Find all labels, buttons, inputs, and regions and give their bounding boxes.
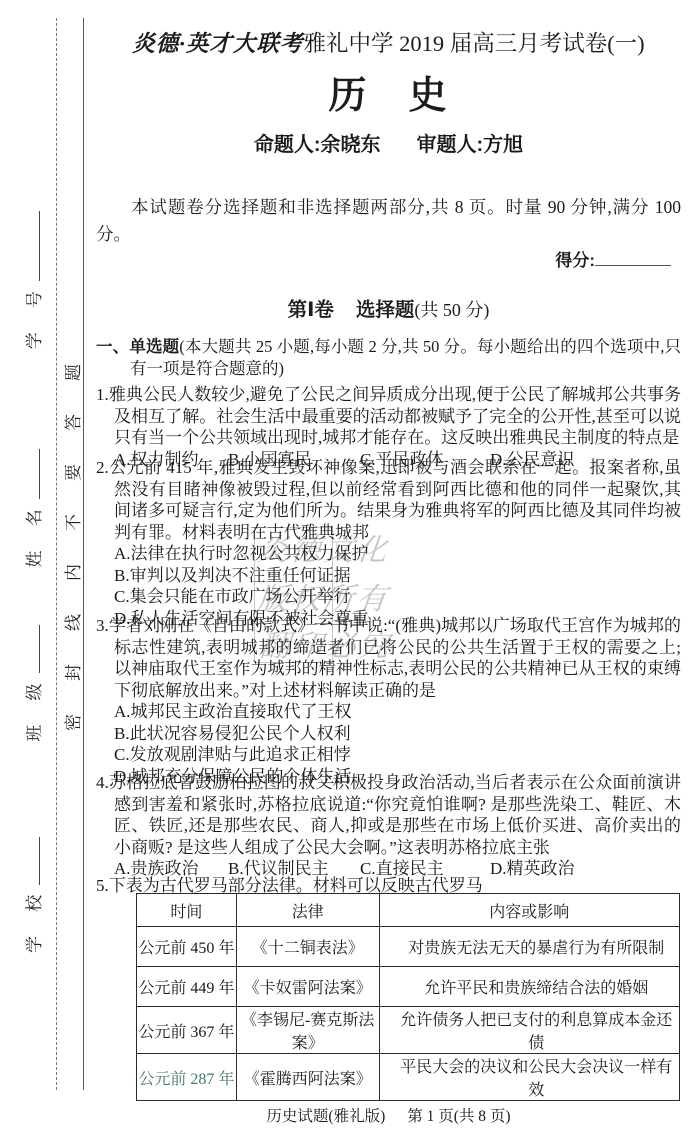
option-c: C.发放观剧津贴与此追求正相悖	[96, 744, 681, 766]
section-score: (共 50 分)	[414, 300, 489, 320]
option-c: C.集会只能在市政广场公开举行	[96, 586, 681, 608]
table-header-row: 时间 法律 内容或影响	[137, 894, 680, 927]
seal-notice: 密封线内不要答题	[59, 323, 81, 731]
table-cell-content: 平民大会的决议和公民大会决议一样有效	[379, 1054, 679, 1101]
question-4: 4.苏格拉底曾鼓励柏拉图的叔父积极投身政治活动,当后者表示在公众面前演讲感到害羞…	[96, 772, 681, 880]
table-row: 公元前 367 年 《李锡尼-赛克斯法案》 允许债务人把已支付的利息算成本金还债	[137, 1007, 680, 1054]
score-label: 得分:	[555, 251, 595, 270]
reviewer-label: 审题人:方旭	[417, 134, 524, 156]
table-cell-law: 《霍腾西阿法案》	[236, 1054, 379, 1101]
footer-paper-name: 历史试题(雅礼版)	[266, 1108, 385, 1125]
table-header-law: 法律	[236, 894, 379, 927]
instructions-text: (本大题共 25 小题,每小题 2 分,共 50 分。每小题给出的四个选项中,只…	[130, 337, 681, 378]
paper-description: 本试题卷分选择题和非选择题两部分,共 8 页。时量 90 分钟,满分 100 分…	[96, 194, 681, 248]
question-stem: 3.学者刘刚在《自由的款式》一书中说:“(雅典)城邦以广场取代王宫作为城邦的标志…	[96, 615, 681, 701]
question-number: 4.	[96, 773, 109, 792]
question-number: 2.	[96, 458, 109, 477]
setters-line: 命题人:余晓东审题人:方旭	[96, 128, 681, 157]
table-cell-law: 《十二铜表法》	[236, 927, 379, 967]
table-row: 公元前 450 年 《十二铜表法》 对贵族无法无天的暴虐行为有所限制	[137, 927, 680, 967]
table-header-content: 内容或影响	[379, 894, 679, 927]
table-cell-time: 公元前 287 年	[137, 1054, 237, 1101]
student-info-fields: 学 校班 级姓 名学 号	[20, 148, 44, 963]
student-id-field-blank	[23, 211, 40, 281]
volume-heading: 第Ⅰ卷选择题(共 50 分)	[96, 294, 681, 322]
table-cell-time: 公元前 450 年	[137, 927, 237, 967]
question-text: 公元前 415 年,雅典发生毁坏神像案,迅即被与酒会联系在一起。报案者称,虽然没…	[109, 458, 681, 542]
exam-paper-title: 雅礼中学 2019 届高三月考试卷(一)	[303, 31, 644, 56]
class-field-label: 班 级	[25, 674, 44, 742]
table-header-time: 时间	[137, 894, 237, 927]
table-cell-content: 允许债务人把已支付的利息算成本金还债	[379, 1007, 679, 1054]
table-cell-law: 《李锡尼-赛克斯法案》	[236, 1007, 379, 1054]
section-instructions: 一、单选题(本大题共 25 小题,每小题 2 分,共 50 分。每小题给出的四个…	[96, 336, 681, 380]
school-field-blank	[23, 837, 40, 885]
exam-series-title: 炎德·英才大联考	[132, 31, 303, 56]
table-cell-content: 允许平民和贵族缔结合法的婚姻	[379, 967, 679, 1007]
question-stem: 2.公元前 415 年,雅典发生毁坏神像案,迅即被与酒会联系在一起。报案者称,虽…	[96, 457, 681, 543]
seal-dashed-line	[56, 18, 57, 1090]
class-field-blank	[23, 626, 40, 674]
seal-solid-line	[83, 18, 84, 1090]
question-text: 雅典公民人数较少,避免了公民之间异质成分出现,便于公民了解城邦公共事务及相互了解…	[109, 385, 681, 447]
roman-law-table-wrap: 时间 法律 内容或影响 公元前 450 年 《十二铜表法》 对贵族无法无天的暴虐…	[96, 893, 681, 1101]
table-row: 公元前 449 年 《卡奴雷阿法案》 允许平民和贵族缔结合法的婚姻	[137, 967, 680, 1007]
table-row: 公元前 287 年 《霍腾西阿法案》 平民大会的决议和公民大会决议一样有效	[137, 1054, 680, 1101]
question-text: 学者刘刚在《自由的款式》一书中说:“(雅典)城邦以广场取代王宫作为城邦的标志性建…	[109, 616, 681, 700]
score-row: 得分:	[96, 246, 681, 271]
exam-header-title: 炎德·英才大联考雅礼中学 2019 届高三月考试卷(一)	[96, 26, 681, 58]
page-footer: 历史试题(雅礼版)第 1 页(共 8 页)	[96, 1104, 681, 1126]
instructions-label: 一、单选题	[96, 338, 179, 356]
option-b: B.审判以及判决不注重任何证据	[96, 565, 681, 587]
table-cell-time: 公元前 367 年	[137, 1007, 237, 1054]
question-3: 3.学者刘刚在《自由的款式》一书中说:“(雅典)城邦以广场取代王宫作为城邦的标志…	[96, 615, 681, 787]
footer-page-info: 第 1 页(共 8 页)	[407, 1108, 510, 1125]
table-cell-law: 《卡奴雷阿法案》	[236, 967, 379, 1007]
question-number: 3.	[96, 616, 109, 635]
roman-law-table: 时间 法律 内容或影响 公元前 450 年 《十二铜表法》 对贵族无法无天的暴虐…	[136, 893, 680, 1101]
option-a: A.法律在执行时忽视公共权力保护	[96, 543, 681, 565]
option-a: A.城邦民主政治直接取代了王权	[96, 701, 681, 723]
option-b: B.此状况容易侵犯公民个人权利	[96, 723, 681, 745]
question-stem: 4.苏格拉底曾鼓励柏拉图的叔父积极投身政治活动,当后者表示在公众面前演讲感到害羞…	[96, 772, 681, 858]
student-id-field-label: 学 号	[25, 281, 44, 349]
table-cell-content: 对贵族无法无天的暴虐行为有所限制	[379, 927, 679, 967]
subject-title: 历 史	[96, 64, 681, 119]
volume-label: 第Ⅰ卷	[288, 299, 334, 321]
question-text: 苏格拉底曾鼓励柏拉图的叔父积极投身政治活动,当后者表示在公众面前演讲感到害羞和紧…	[109, 773, 681, 857]
question-stem: 1.雅典公民人数较少,避免了公民之间异质成分出现,便于公民了解城邦公共事务及相互…	[96, 384, 681, 449]
question-2: 2.公元前 415 年,雅典发生毁坏神像案,迅即被与酒会联系在一起。报案者称,虽…	[96, 457, 681, 629]
section-type-label: 选择题	[356, 299, 415, 321]
school-field-label: 学 校	[25, 885, 44, 953]
name-field-blank	[23, 449, 40, 499]
proposer-label: 命题人:余晓东	[254, 134, 381, 156]
main-content: 炎德·英才大联考雅礼中学 2019 届高三月考试卷(一) 历 史 命题人:余晓东…	[96, 0, 681, 1144]
table-cell-time: 公元前 449 年	[137, 967, 237, 1007]
score-blank	[595, 248, 671, 266]
name-field-label: 姓 名	[25, 499, 44, 567]
question-number: 1.	[96, 385, 109, 404]
